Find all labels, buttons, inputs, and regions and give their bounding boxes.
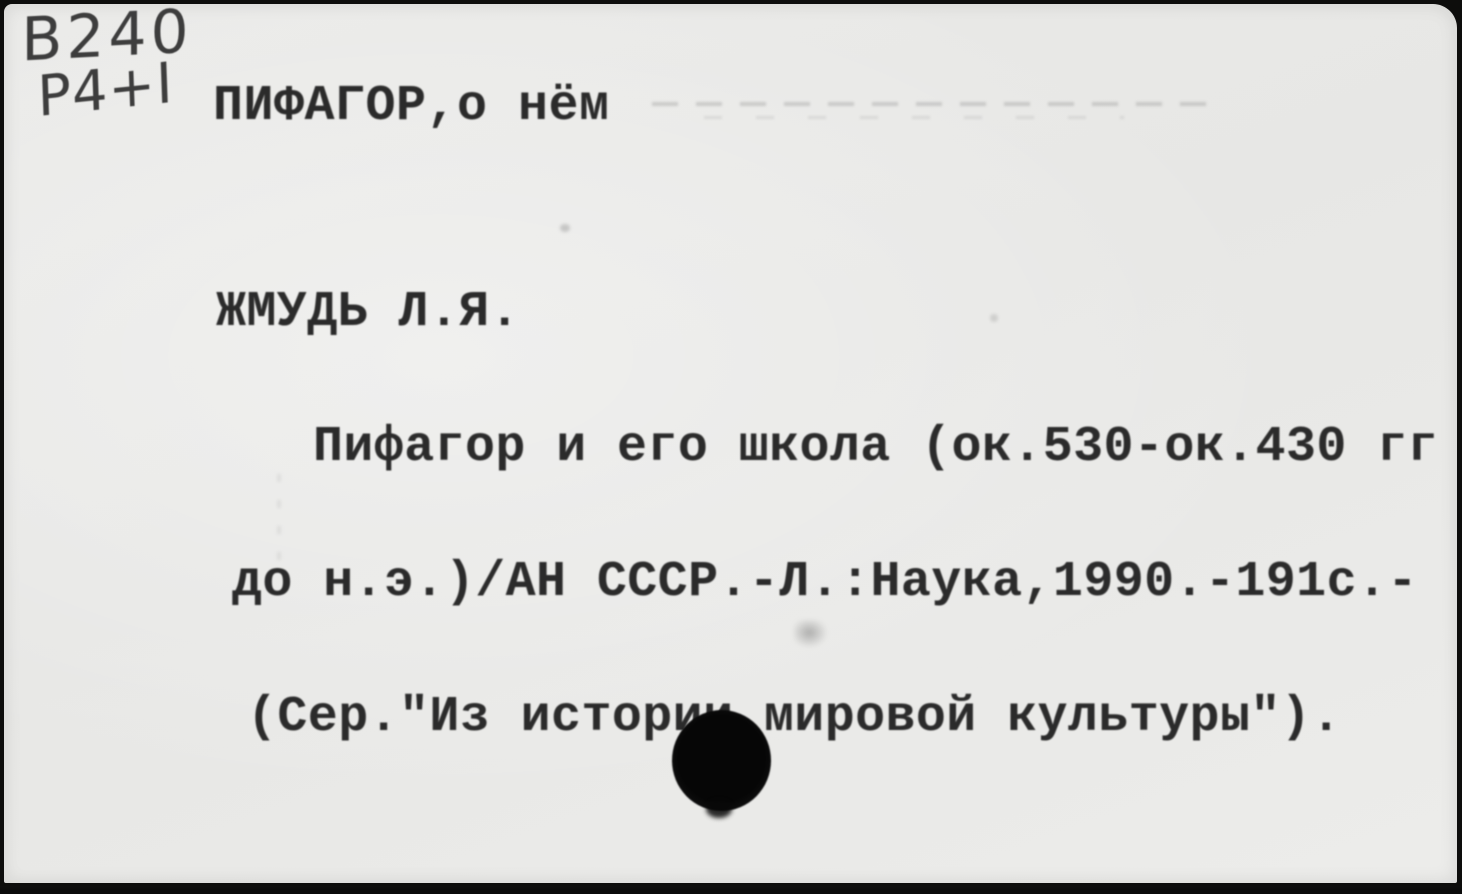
call-number: В240 Р4+I: [20, 4, 195, 121]
subject-heading: ПИФАГОР,о нём: [213, 78, 610, 135]
scan-speck: [560, 224, 570, 232]
title-line: Пифагор и его школа (ок.530-ок.430 гг: [313, 425, 1438, 470]
punch-hole-dot: [672, 710, 771, 811]
bibliographic-entry: ЖМУДЬ Л.Я. Пифагор и его школа (ок.530-о…: [216, 200, 1438, 830]
imprint-line: до н.э.)/АН СССР.-Л.:Наука,1990.-191с.-: [232, 560, 1438, 605]
scan-crease: [277, 474, 281, 564]
scan-speck: [990, 314, 998, 322]
faded-dash-rule-2: [704, 116, 1124, 119]
ink-smudge: [794, 620, 828, 648]
faded-dash-rule: [652, 102, 1212, 106]
author-line: ЖМУДЬ Л.Я.: [216, 290, 1438, 335]
catalog-card-scan: В240 Р4+I ПИФАГОР,о нём ЖМУДЬ Л.Я. Пифаг…: [4, 4, 1457, 883]
card-bottom-edge: [0, 886, 1462, 894]
call-number-cutter-mark: Р4+I: [36, 53, 195, 126]
series-line: (Сер."Из истории мировой культуры").: [247, 695, 1438, 740]
